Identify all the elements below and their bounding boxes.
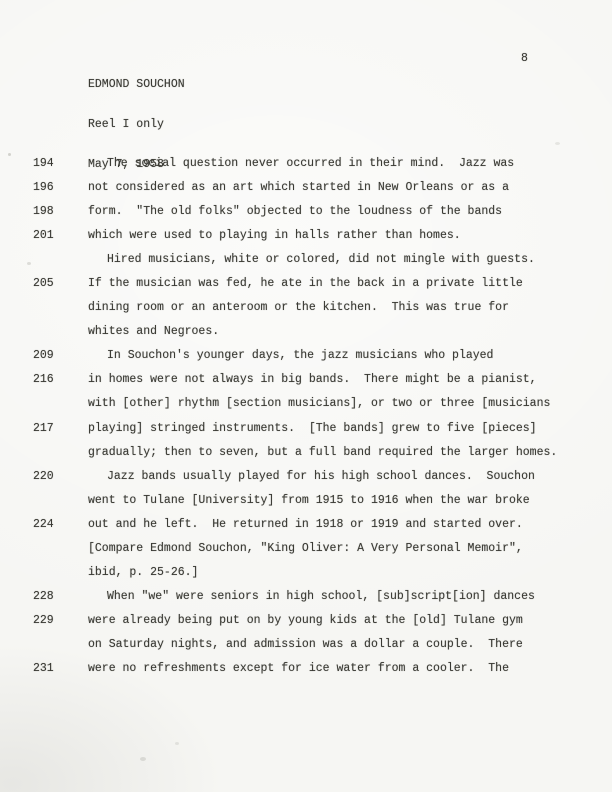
- line-number: 229: [33, 614, 54, 627]
- line-number: 220: [33, 470, 54, 483]
- line-number: 205: [33, 277, 54, 290]
- line-text: Hired musicians, white or colored, did n…: [88, 253, 535, 266]
- page-number: 8: [521, 52, 528, 65]
- line-number: 201: [33, 229, 54, 242]
- line-text: dining room or an anteroom or the kitche…: [88, 301, 509, 314]
- line-number: 194: [33, 157, 54, 170]
- line-text: The social question never occurred in th…: [88, 157, 514, 170]
- line-text: [Compare Edmond Souchon, "King Oliver: A…: [88, 542, 523, 555]
- transcript-line: 229were already being put on by young ki…: [0, 614, 612, 638]
- line-text: When "we" were seniors in high school, […: [88, 590, 535, 603]
- line-text: not considered as an art which started i…: [88, 181, 509, 194]
- line-text: were no refreshments except for ice wate…: [88, 662, 509, 675]
- line-number: 216: [33, 373, 54, 386]
- transcript-line: [Compare Edmond Souchon, "King Oliver: A…: [0, 542, 612, 566]
- transcript-line: on Saturday nights, and admission was a …: [0, 638, 612, 662]
- line-text: which were used to playing in halls rath…: [88, 229, 461, 242]
- line-text: in homes were not always in big bands. T…: [88, 373, 537, 386]
- transcript-line: gradually; then to seven, but a full ban…: [0, 446, 612, 470]
- transcript-line: ibid, p. 25-26.]: [0, 566, 612, 590]
- transcript-line: 217playing] stringed instruments. [The b…: [0, 422, 612, 446]
- scan-speck: [555, 142, 560, 145]
- transcript-line: 205If the musician was fed, he ate in th…: [0, 277, 612, 301]
- line-text: ibid, p. 25-26.]: [88, 566, 198, 579]
- line-number: 196: [33, 181, 54, 194]
- line-number: 224: [33, 518, 54, 531]
- line-text: gradually; then to seven, but a full ban…: [88, 446, 557, 459]
- scan-speck: [27, 262, 31, 265]
- line-text: went to Tulane [University] from 1915 to…: [88, 494, 530, 507]
- transcript-body: 194The social question never occurred in…: [0, 157, 612, 686]
- transcript-line: 194The social question never occurred in…: [0, 157, 612, 181]
- transcript-line: Hired musicians, white or colored, did n…: [0, 253, 612, 277]
- scan-speck: [140, 757, 146, 761]
- line-number: 228: [33, 590, 54, 603]
- transcript-line: 209In Souchon's younger days, the jazz m…: [0, 349, 612, 373]
- line-text: with [other] rhythm [section musicians],…: [88, 397, 550, 410]
- scan-speck: [175, 742, 179, 745]
- transcript-line: went to Tulane [University] from 1915 to…: [0, 494, 612, 518]
- transcript-line: 228When "we" were seniors in high school…: [0, 590, 612, 614]
- transcript-line: 216in homes were not always in big bands…: [0, 373, 612, 397]
- transcript-line: 231were no refreshments except for ice w…: [0, 662, 612, 686]
- line-text: Jazz bands usually played for his high s…: [88, 470, 535, 483]
- line-number: 231: [33, 662, 54, 675]
- line-number: 209: [33, 349, 54, 362]
- document-page: EDMOND SOUCHON Reel I only May 7, 1958 8…: [0, 0, 612, 792]
- line-number: 198: [33, 205, 54, 218]
- line-text: were already being put on by young kids …: [88, 614, 523, 627]
- transcript-line: with [other] rhythm [section musicians],…: [0, 397, 612, 421]
- transcript-line: 201which were used to playing in halls r…: [0, 229, 612, 253]
- line-text: playing] stringed instruments. [The band…: [88, 422, 537, 435]
- line-text: If the musician was fed, he ate in the b…: [88, 277, 523, 290]
- line-text: out and he left. He returned in 1918 or …: [88, 518, 523, 531]
- line-text: on Saturday nights, and admission was a …: [88, 638, 523, 651]
- line-text: In Souchon's younger days, the jazz musi…: [88, 349, 493, 362]
- line-text: form. "The old folks" objected to the lo…: [88, 205, 502, 218]
- line-text: whites and Negroes.: [88, 325, 219, 338]
- transcript-line: dining room or an anteroom or the kitche…: [0, 301, 612, 325]
- line-number: 217: [33, 422, 54, 435]
- transcript-line: whites and Negroes.: [0, 325, 612, 349]
- transcript-line: 224out and he left. He returned in 1918 …: [0, 518, 612, 542]
- transcript-line: 196not considered as an art which starte…: [0, 181, 612, 205]
- transcript-line: 220Jazz bands usually played for his hig…: [0, 470, 612, 494]
- header-reel: Reel I only: [88, 118, 185, 131]
- header-title: EDMOND SOUCHON: [88, 78, 185, 91]
- transcript-line: 198form. "The old folks" objected to the…: [0, 205, 612, 229]
- scan-speck: [8, 153, 11, 156]
